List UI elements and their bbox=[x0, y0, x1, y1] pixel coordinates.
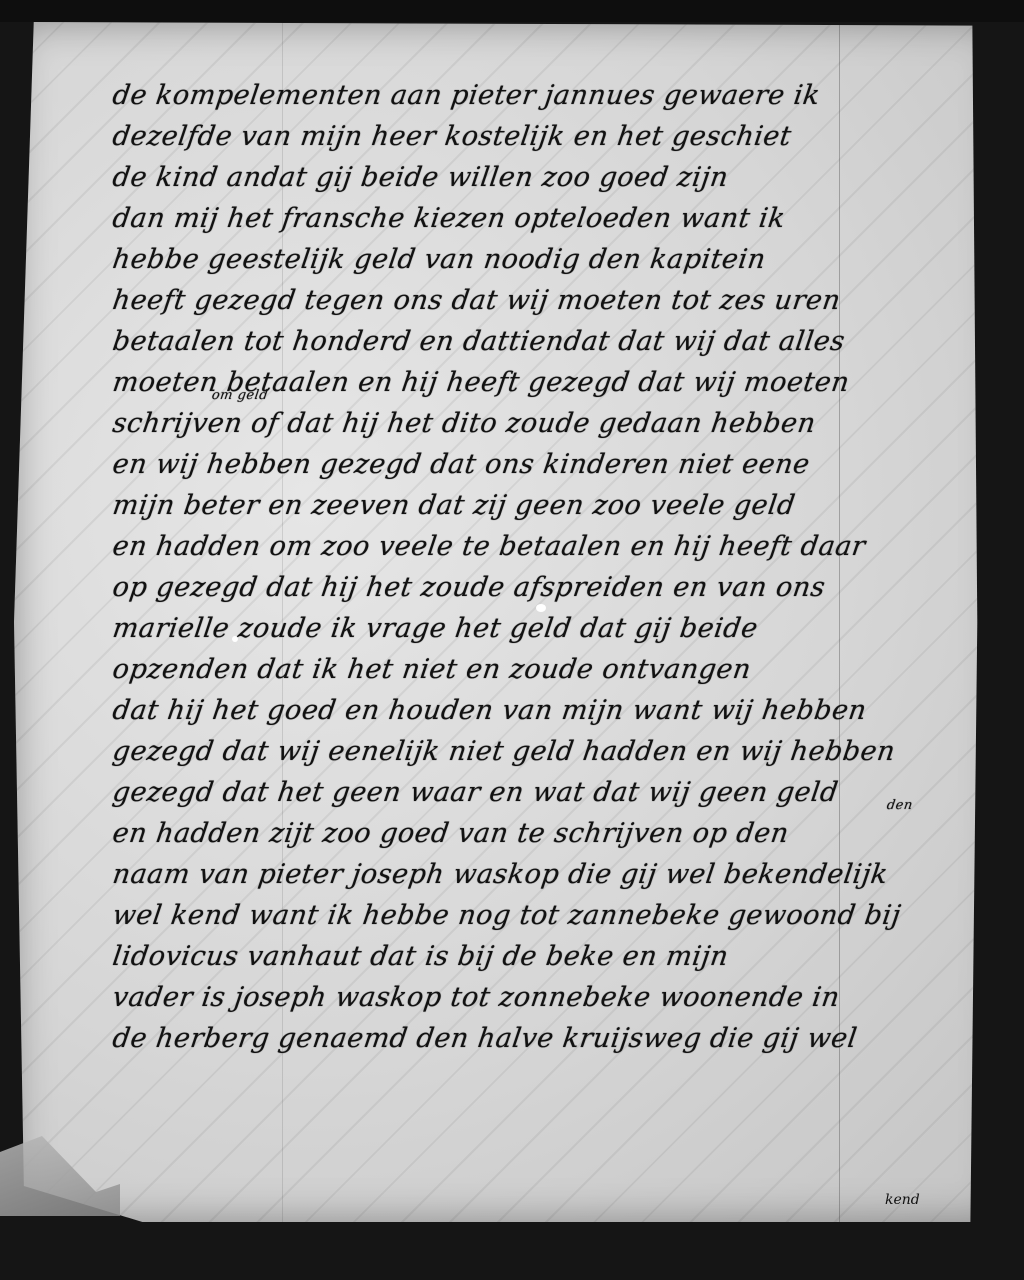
text-line: en wij hebben gezegd dat ons kinderen ni… bbox=[110, 444, 976, 485]
scan-border-top bbox=[0, 0, 1024, 22]
text-line: heeft gezegd tegen ons dat wij moeten to… bbox=[110, 280, 976, 321]
text-line: dat hij het goed en houden van mijn want… bbox=[110, 690, 976, 731]
text-line: vader is joseph waskop tot zonnebeke woo… bbox=[110, 977, 976, 1018]
text-line: betaalen tot honderd en dattiendat dat w… bbox=[110, 321, 976, 362]
text-line: opzenden dat ik het niet en zoude ontvan… bbox=[110, 649, 976, 690]
text-line: marielle zoude ik vrage het geld dat gij… bbox=[110, 608, 976, 649]
text-line: gezegd dat het geen waar en wat dat wij … bbox=[110, 772, 976, 813]
letter-body: de kompelementen aan pieter jannues gewa… bbox=[110, 75, 970, 1059]
text-line: lidovicus vanhaut dat is bij de beke en … bbox=[110, 936, 976, 977]
text-line-with-note: den en hadden zijt zoo goed van te schri… bbox=[110, 813, 976, 854]
scanned-page: de kompelementen aan pieter jannues gewa… bbox=[0, 0, 1024, 1280]
interlinear-note: om geld bbox=[211, 389, 269, 402]
text-line: de kompelementen aan pieter jannues gewa… bbox=[110, 75, 976, 116]
text-line: de kind andat gij beide willen zoo goed … bbox=[110, 157, 976, 198]
text-line: de herberg genaemd den halve kruijsweg d… bbox=[110, 1018, 976, 1059]
interlinear-note: den bbox=[886, 799, 914, 812]
text-line: dan mij het fransche kiezen opteloeden w… bbox=[110, 198, 976, 239]
text-line: naam van pieter joseph waskop die gij we… bbox=[110, 854, 976, 895]
closing-word: kend bbox=[885, 1192, 920, 1208]
text-line-with-note: om geld schrijven of dat hij het dito zo… bbox=[110, 403, 976, 444]
text-line: mijn beter en zeeven dat zij geen zoo ve… bbox=[110, 485, 976, 526]
text-line: en hadden om zoo veele te betaalen en hi… bbox=[110, 526, 976, 567]
text-line: dezelfde van mijn heer kostelijk en het … bbox=[110, 116, 976, 157]
text-line: wel kend want ik hebbe nog tot zannebeke… bbox=[110, 895, 976, 936]
text-line: schrijven of dat hij het dito zoude geda… bbox=[111, 408, 818, 439]
text-line: gezegd dat wij eenelijk niet geld hadden… bbox=[110, 731, 976, 772]
text-line: en hadden zijt zoo goed van te schrijven… bbox=[111, 818, 791, 849]
text-line: hebbe geestelijk geld van noodig den kap… bbox=[110, 239, 976, 280]
text-line: op gezegd dat hij het zoude afspreiden e… bbox=[110, 567, 976, 608]
